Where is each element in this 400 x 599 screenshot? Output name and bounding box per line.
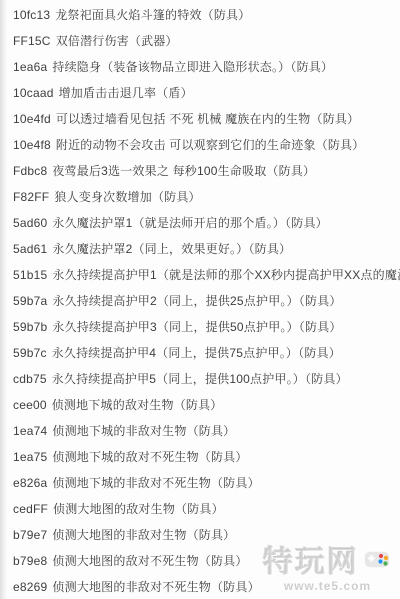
item-code: b79e8 <box>13 554 47 568</box>
list-item: 10e4f8附近的动物不会攻击 可以观察到它们的生命迹象（防具） <box>13 132 400 158</box>
list-item: F82FF狼人变身次数增加（防具） <box>13 184 400 210</box>
item-desc: 永久持续提高护甲4（同上，提供75点护甲。）（防具） <box>52 346 341 360</box>
item-code: e8269 <box>13 580 47 594</box>
item-code: cdb75 <box>13 372 47 386</box>
item-desc: 侦测大地图的敌对生物（防具） <box>53 502 224 516</box>
item-code: 59b7b <box>13 320 47 334</box>
watermark-logo-row: 特玩网 <box>263 537 392 581</box>
list-item: FF15C双倍潜行伤害（武器） <box>13 28 400 54</box>
item-desc: 永久持续提高护甲1（就是法师的那个XX秒内提高护甲XX点的魔法。）（防具） <box>52 268 400 282</box>
list-item: cee00侦测地下城的敌对生物（防具） <box>13 392 400 418</box>
item-code: 10e4f8 <box>13 138 51 152</box>
item-desc: 侦测大地图的敌对不死生物（防具） <box>52 554 247 568</box>
item-desc: 附近的动物不会攻击 可以观察到它们的生命迹象（防具） <box>56 138 365 152</box>
item-desc: 侦测大地图的非敌对不死生物（防具） <box>52 580 259 594</box>
item-code: 5ad61 <box>13 242 47 256</box>
item-code: b79e7 <box>13 528 47 542</box>
item-desc: 狼人变身次数增加（防具） <box>54 190 200 204</box>
item-desc: 侦测地下城的敌对生物（防具） <box>52 398 223 412</box>
item-code: 59b7c <box>13 346 47 360</box>
list-item: 59b7c永久持续提高护甲4（同上，提供75点护甲。）（防具） <box>13 340 400 366</box>
item-code: 1ea75 <box>13 450 47 464</box>
list-item: 5ad60永久魔法护罩1（就是法师开启的那个盾。）（防具） <box>13 210 400 236</box>
item-code: 10e4fd <box>13 112 51 126</box>
watermark-url: www.te5.com <box>263 579 392 593</box>
item-code: Fdbc8 <box>13 164 47 178</box>
list-item: 59b7b永久持续提高护甲3（同上，提供50点护甲。）（防具） <box>13 314 400 340</box>
item-desc: 永久魔法护罩1（就是法师开启的那个盾。）（防具） <box>52 216 327 230</box>
item-code: cee00 <box>13 398 47 412</box>
item-code: cedFF <box>13 502 48 516</box>
item-desc: 可以透过墙看见包括 不死 机械 魔族在内的生物（防具） <box>56 112 359 126</box>
list-item: cedFF侦测大地图的敌对生物（防具） <box>13 496 400 522</box>
item-code: FF15C <box>13 34 51 48</box>
list-item: 59b7a永久持续提高护甲2（同上，提供25点护甲。）（防具） <box>13 288 400 314</box>
item-desc: 侦测地下城的非敌对不死生物（防具） <box>52 476 259 490</box>
list-item: 5ad61永久魔法护罩2（同上，效果更好。）（防具） <box>13 236 400 262</box>
item-code: 1ea74 <box>13 424 47 438</box>
item-desc: 侦测大地图的非敌对生物（防具） <box>52 528 235 542</box>
item-code: 5ad60 <box>13 216 47 230</box>
list-item: 1ea75侦测地下城的敌对不死生物（防具） <box>13 444 400 470</box>
item-code: 10caad <box>13 86 54 100</box>
site-watermark: 特玩网 www.te5.com <box>263 537 392 593</box>
item-code: F82FF <box>13 190 49 204</box>
list-item: 51b15永久持续提高护甲1（就是法师的那个XX秒内提高护甲XX点的魔法。）（防… <box>13 262 400 288</box>
item-desc: 侦测地下城的敌对不死生物（防具） <box>52 450 247 464</box>
item-desc: 持续隐身（装备该物品立即进入隐形状态。）（防具） <box>52 60 333 74</box>
list-item: e826a侦测地下城的非敌对不死生物（防具） <box>13 470 400 496</box>
item-desc: 永久魔法护罩2（同上，效果更好。）（防具） <box>52 242 291 256</box>
cheat-code-list: 10fc13龙祭祀面具火焰斗篷的特效（防具） FF15C双倍潜行伤害（武器） 1… <box>13 2 400 599</box>
item-code: 51b15 <box>13 268 47 282</box>
page-left-edge <box>0 0 7 599</box>
list-item: 10fc13龙祭祀面具火焰斗篷的特效（防具） <box>13 2 400 28</box>
list-item: Fdbc8夜莺最后3选一效果之 每秒100生命吸取（防具） <box>13 158 400 184</box>
item-desc: 夜莺最后3选一效果之 每秒100生命吸取（防具） <box>52 164 315 178</box>
cheat-code-page: 10fc13龙祭祀面具火焰斗篷的特效（防具） FF15C双倍潜行伤害（武器） 1… <box>0 0 400 599</box>
list-item: 1ea74侦测地下城的非敌对生物（防具） <box>13 418 400 444</box>
item-code: 10fc13 <box>13 8 50 22</box>
list-item: 10caad增加盾击击退几率（盾） <box>13 80 400 106</box>
item-desc: 增加盾击击退几率（盾） <box>59 86 193 100</box>
list-item: 10e4fd可以透过墙看见包括 不死 机械 魔族在内的生物（防具） <box>13 106 400 132</box>
item-code: 59b7a <box>13 294 47 308</box>
item-code: 1ea6a <box>13 60 47 74</box>
item-code: e826a <box>13 476 47 490</box>
gamepad-icon <box>362 546 392 572</box>
item-desc: 双倍潜行伤害（武器） <box>56 34 178 48</box>
list-item: 1ea6a持续隐身（装备该物品立即进入隐形状态。）（防具） <box>13 54 400 80</box>
list-item: cdb75永久持续提高护甲5（同上，提供100点护甲。）（防具） <box>13 366 400 392</box>
item-desc: 永久持续提高护甲3（同上，提供50点护甲。）（防具） <box>52 320 341 334</box>
item-desc: 永久持续提高护甲2（同上，提供25点护甲。）（防具） <box>52 294 341 308</box>
item-desc: 永久持续提高护甲5（同上，提供100点护甲。）（防具） <box>52 372 348 386</box>
item-desc: 侦测地下城的非敌对生物（防具） <box>52 424 235 438</box>
item-desc: 龙祭祀面具火焰斗篷的特效（防具） <box>55 8 250 22</box>
watermark-site-name: 特玩网 <box>263 537 359 581</box>
